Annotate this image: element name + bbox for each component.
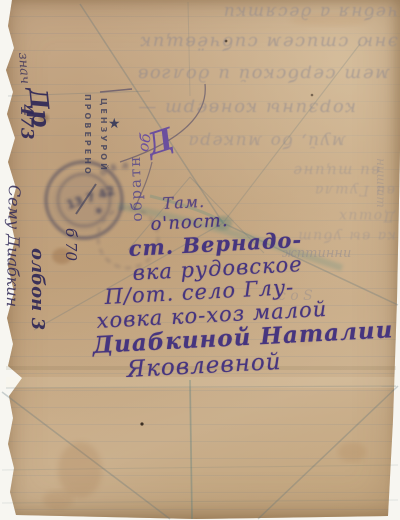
- star-mark: ★: [108, 116, 121, 132]
- pencil-line: эню стисем сибчёвщик: [92, 32, 398, 53]
- address-line: Там.: [162, 192, 205, 213]
- pencil-line: ка вы убит: [290, 228, 396, 244]
- sender-battalion: олбон 3: [27, 248, 48, 330]
- pencil-line: ви тцине: [250, 162, 380, 180]
- sender-unit-number: 473: [16, 104, 37, 140]
- pencil-line: чебня а десятки: [140, 2, 398, 22]
- pencil-line: Доших: [310, 208, 395, 224]
- letter-scan: ОБЛ 13 7 42 ★ чебня а десятки эню стисем…: [0, 0, 400, 520]
- sender-name-script: Сему Диабкин: [3, 185, 24, 308]
- sender-fieldpost: б 70: [62, 228, 80, 261]
- pencil-line: мет сербской и долгов: [76, 64, 390, 85]
- censor-stamp-line2: ЦЕНЗУРОЙ: [99, 98, 108, 173]
- sender-script-top: знач: [15, 52, 32, 84]
- pencil-fragment: нишшт: [374, 158, 388, 208]
- pencil-line: корзины конверт —: [106, 98, 356, 119]
- censor-stamp-line1: ПРОВЕРЕНО: [83, 94, 92, 177]
- return-address-word: обратн: [126, 155, 146, 222]
